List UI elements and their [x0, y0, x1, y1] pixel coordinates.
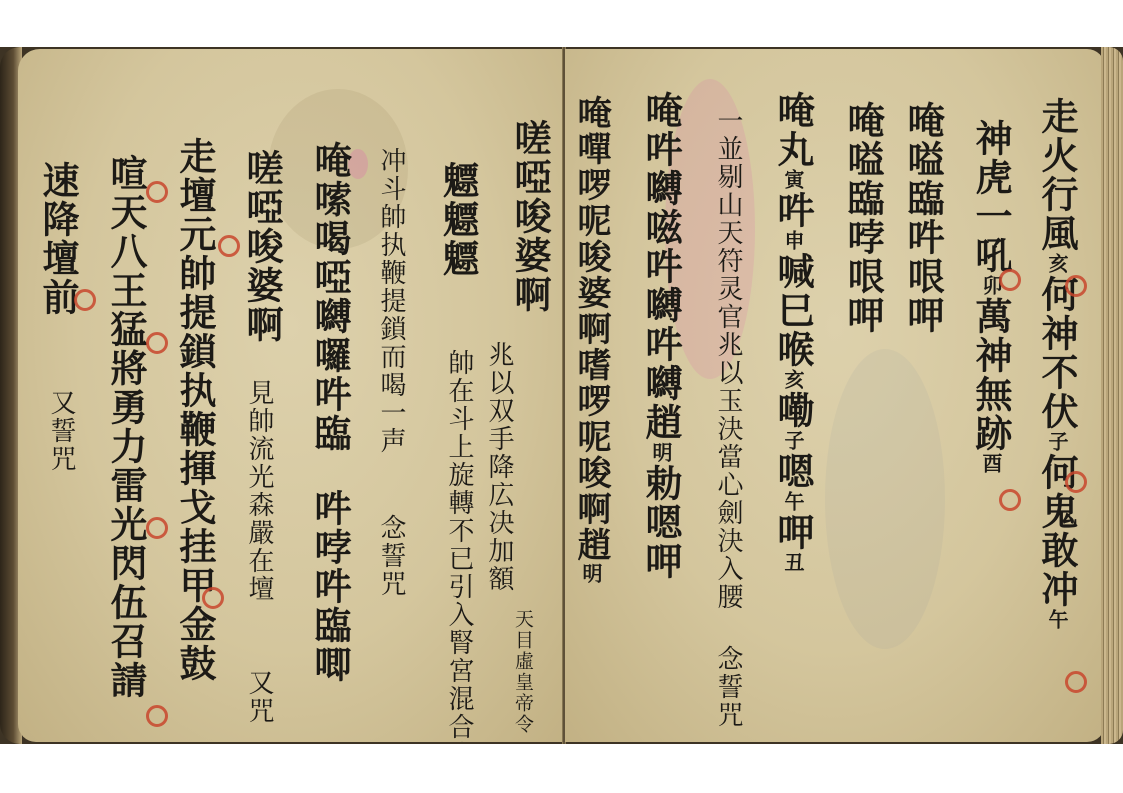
chant-heading: 又誓咒	[46, 389, 76, 473]
column-l5-tail: 又咒	[244, 669, 274, 725]
red-circle-mark	[1065, 671, 1087, 693]
column-r7: 唵吽嚩嗞吽嚩吽嚩趙明勅嗯呷	[639, 91, 683, 581]
branch-annotation: 丑	[781, 552, 805, 574]
chant-heading: 又咒	[244, 669, 274, 725]
red-circle-mark	[146, 181, 168, 203]
book-right-edge	[1101, 47, 1123, 744]
red-circle-mark	[146, 705, 168, 727]
verse-text: 速降壇前	[36, 161, 80, 317]
column-l7: 喧天八王猛將勇力雷光閃伍召請	[104, 154, 148, 700]
mantra-text: 嗟啞唆婆啊	[240, 149, 284, 344]
column-l5-small: 見帥流光森嚴在壇	[244, 379, 274, 603]
column-l3: 冲斗帥执鞭提鎖而喝一声	[376, 147, 406, 455]
branch-annotation: 子	[1045, 431, 1069, 453]
verse-text: 走火行風	[1035, 97, 1079, 253]
instruction-text: 見帥流光森嚴在壇	[244, 379, 274, 603]
instruction-text: 兆以双手降広决加額	[484, 341, 514, 593]
column-r1: 走火行風亥何神不伏子何鬼敢冲午	[1035, 97, 1079, 631]
mantra-text: 唵嗌臨吽哏呷	[901, 101, 945, 335]
column-l3-tail: 念誓咒	[376, 514, 406, 598]
red-circle-mark	[146, 332, 168, 354]
instruction-text: 帥在斗上旋轉不已引入腎宮混合吹去	[444, 349, 474, 742]
column-l2-small: 帥在斗上旋轉不已引入腎宮混合吹去	[444, 349, 474, 742]
verse-text: 喧天八王猛將勇力雷光閃伍召請	[104, 154, 148, 700]
mantra-text: 嗯	[771, 452, 815, 491]
red-circle-mark	[999, 489, 1021, 511]
mantra-text: 吽哱吽臨唧	[308, 489, 352, 684]
right-page: 走火行風亥何神不伏子何鬼敢冲午 神虎一吼卯萬神無跡酉 唵嗌臨吽哏呷 唵嗌臨哱哏呷…	[565, 49, 1105, 742]
mantra-text: 唵吽嚩嗞吽嚩吽嚩趙	[639, 91, 683, 442]
branch-annotation: 亥	[1045, 253, 1069, 275]
chant-heading: 念誓咒	[713, 645, 743, 729]
verse-text: 萬神無跡	[969, 297, 1013, 453]
red-circle-mark	[1065, 275, 1087, 297]
red-circle-mark	[146, 517, 168, 539]
column-r6-tail: 念誓咒	[713, 645, 743, 729]
mantra-text: 唵嘽啰呢唆婆啊嗜啰呢唆啊趙	[571, 95, 611, 563]
red-circle-mark	[1065, 471, 1087, 493]
column-l8-tail: 又誓咒	[46, 389, 76, 473]
annotation: 明	[579, 563, 603, 585]
instruction-text: 一並剔山天符灵官兆以玉決當心劍決入腰	[713, 107, 743, 611]
annotation: 明	[649, 442, 673, 464]
column-l1-note: 天目虛皇帝令	[512, 609, 534, 735]
mantra-text: 嗟啞唆婆啊	[508, 119, 552, 314]
column-r2: 神虎一吼卯萬神無跡酉	[969, 119, 1013, 475]
red-circle-mark	[218, 235, 240, 257]
instruction-text: 冲斗帥执鞭提鎖而喝一声	[376, 147, 406, 455]
branch-annotation: 亥	[781, 369, 805, 391]
branch-annotation: 午	[781, 491, 805, 513]
column-r8: 唵嘽啰呢唆婆啊嗜啰呢唆啊趙明	[571, 95, 611, 585]
talisman-characters: 魒魒魒	[436, 161, 480, 278]
column-r6: 一並剔山天符灵官兆以玉決當心劍決入腰	[713, 107, 743, 611]
mantra-text: 吽	[771, 191, 815, 230]
verse-text: 神虎一吼	[969, 119, 1013, 275]
mantra-text: 喊巳喉	[771, 252, 815, 369]
column-l2-main: 魒魒魒	[436, 161, 480, 278]
mantra-text: 唵嗦喝啞嚩囉吽臨	[308, 141, 352, 453]
mantra-text: 勅嗯呷	[639, 464, 683, 581]
column-l1-small: 兆以双手降広决加額	[484, 341, 514, 593]
column-r5: 唵丸寅吽申喊巳喉亥嘞子嗯午呷丑	[771, 91, 815, 574]
column-r3: 唵嗌臨吽哏呷	[901, 101, 945, 335]
branch-annotation: 午	[1045, 609, 1069, 631]
mantra-text: 嘞	[771, 391, 815, 430]
column-r4: 唵嗌臨哱哏呷	[841, 101, 885, 335]
branch-annotation: 寅	[781, 169, 805, 191]
red-circle-mark	[999, 269, 1021, 291]
left-page: 嗟啞唆婆啊 兆以双手降広决加額 天目虛皇帝令 魒魒魒 帥在斗上旋轉不已引入腎宮混…	[18, 49, 564, 742]
column-l4-cont: 吽哱吽臨唧	[308, 489, 352, 684]
branch-annotation: 子	[781, 430, 805, 452]
chant-heading: 念誓咒	[376, 514, 406, 598]
branch-annotation: 申	[781, 230, 805, 252]
verse-text: 何神不伏	[1035, 275, 1079, 431]
annotation-text: 天目虛皇帝令	[512, 609, 534, 735]
column-l5-main: 嗟啞唆婆啊	[240, 149, 284, 344]
mantra-text: 唵嗌臨哱哏呷	[841, 101, 885, 335]
column-l1-main: 嗟啞唆婆啊	[508, 119, 552, 314]
mantra-text: 唵丸	[771, 91, 815, 169]
red-circle-mark	[74, 289, 96, 311]
mantra-text: 呷	[771, 513, 815, 552]
column-l8: 速降壇前	[36, 161, 80, 317]
book-spread: 嗟啞唆婆啊 兆以双手降広决加額 天目虛皇帝令 魒魒魒 帥在斗上旋轉不已引入腎宮混…	[0, 47, 1123, 744]
branch-annotation: 酉	[979, 453, 1003, 475]
column-l4: 唵嗦喝啞嚩囉吽臨	[308, 141, 352, 453]
red-circle-mark	[202, 587, 224, 609]
